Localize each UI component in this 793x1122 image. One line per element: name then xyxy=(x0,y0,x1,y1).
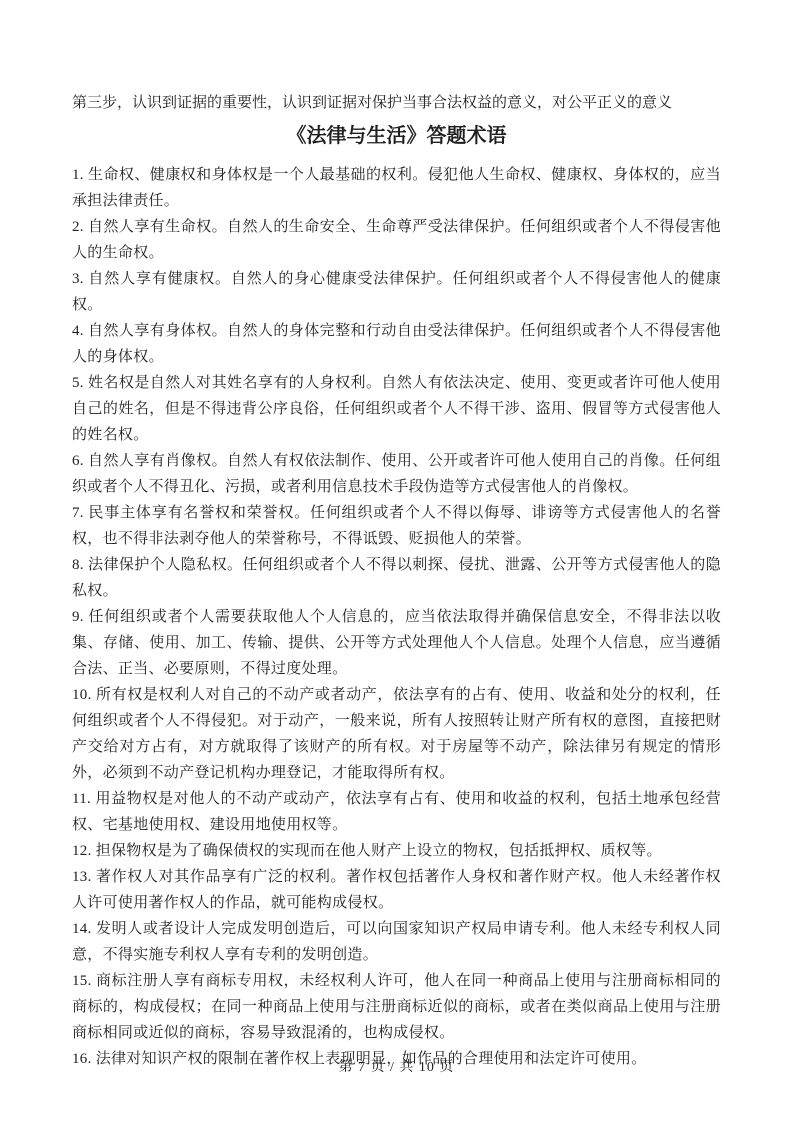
document-page: 第三步，认识到证据的重要性，认识到证据对保护当事合法权益的意义，对公平正义的意义… xyxy=(0,0,793,1122)
terms-list: 1. 生命权、健康权和身体权是一个人最基础的权利。侵犯他人生命权、健康权、身体权… xyxy=(72,162,721,1072)
term-item-10: 10. 所有权是权利人对自己的不动产或者动产，依法享有的占有、使用、收益和处分的… xyxy=(72,682,721,786)
term-item-13: 13. 著作权人对其作品享有广泛的权利。著作权包括著作人身权和著作财产权。他人未… xyxy=(72,864,721,916)
page-number-footer: 第 7 页 / 共 10 页 xyxy=(0,1056,793,1076)
term-item-14: 14. 发明人或者设计人完成发明创造后，可以向国家知识产权局申请专利。他人未经专… xyxy=(72,916,721,968)
term-item-1: 1. 生命权、健康权和身体权是一个人最基础的权利。侵犯他人生命权、健康权、身体权… xyxy=(72,162,721,214)
term-item-5: 5. 姓名权是自然人对其姓名享有的人身权利。自然人有依法决定、使用、变更或者许可… xyxy=(72,370,721,448)
term-item-9: 9. 任何组织或者个人需要获取他人个人信息的，应当依法取得并确保信息安全，不得非… xyxy=(72,604,721,682)
term-item-11: 11. 用益物权是对他人的不动产或动产，依法享有占有、使用和收益的权利，包括土地… xyxy=(72,786,721,838)
page-title: 《法律与生活》答题术语 xyxy=(72,122,721,150)
term-item-8: 8. 法律保护个人隐私权。任何组织或者个人不得以刺探、侵扰、泄露、公开等方式侵害… xyxy=(72,552,721,604)
term-item-7: 7. 民事主体享有名誉权和荣誉权。任何组织或者个人不得以侮辱、诽谤等方式侵害他人… xyxy=(72,500,721,552)
term-item-6: 6. 自然人享有肖像权。自然人有权依法制作、使用、公开或者许可他人使用自己的肖像… xyxy=(72,448,721,500)
term-item-2: 2. 自然人享有生命权。自然人的生命安全、生命尊严受法律保护。任何组织或者个人不… xyxy=(72,214,721,266)
term-item-15: 15. 商标注册人享有商标专用权，未经权利人许可，他人在同一种商品上使用与注册商… xyxy=(72,968,721,1046)
term-item-3: 3. 自然人享有健康权。自然人的身心健康受法律保护。任何组织或者个人不得侵害他人… xyxy=(72,266,721,318)
term-item-12: 12. 担保物权是为了确保债权的实现而在他人财产上设立的物权，包括抵押权、质权等… xyxy=(72,838,721,864)
term-item-4: 4. 自然人享有身体权。自然人的身体完整和行动自由受法律保护。任何组织或者个人不… xyxy=(72,318,721,370)
intro-line: 第三步，认识到证据的重要性，认识到证据对保护当事合法权益的意义，对公平正义的意义 xyxy=(72,90,721,116)
